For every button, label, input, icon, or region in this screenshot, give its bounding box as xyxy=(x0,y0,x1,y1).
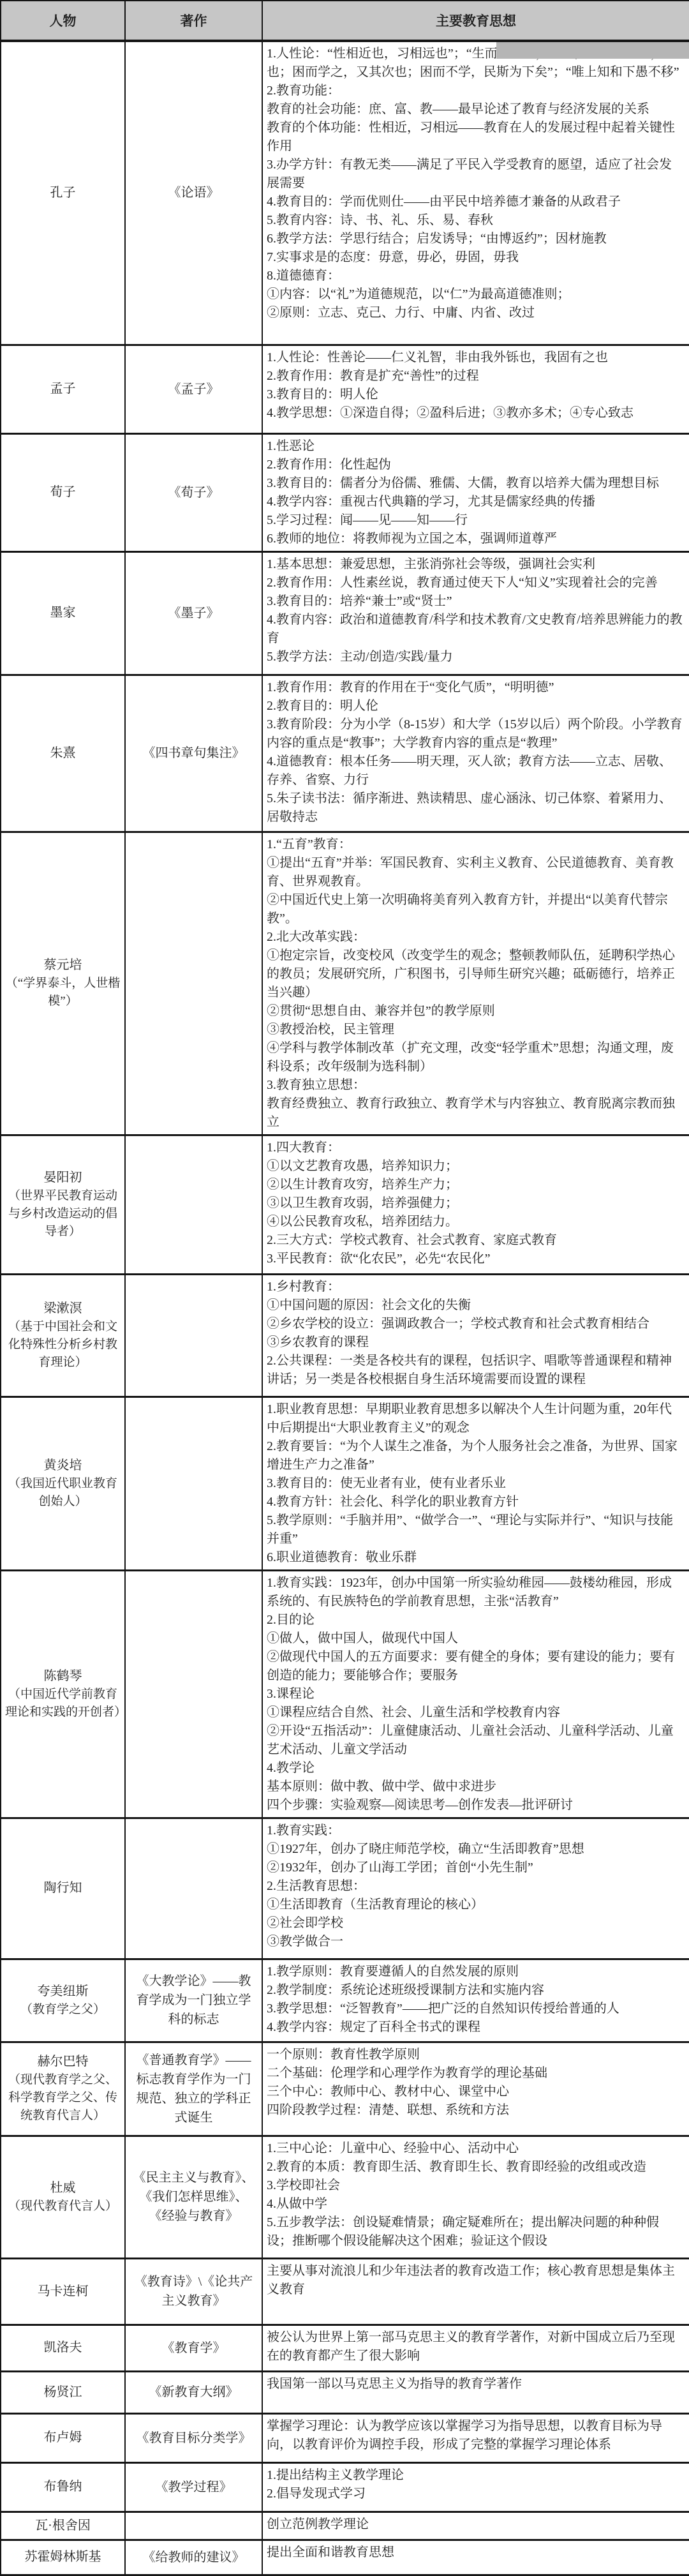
works-cell: 《教育诗》\《论共产主义教育》 xyxy=(125,2258,262,2325)
table-row: 布卢姆《教育目标分类学》掌握学习理论：认为教学应该以掌握学习为指导思想，以教育目… xyxy=(1,2413,689,2462)
thought-line: ②贯彻“思想自由、兼容并包”的教学原则 xyxy=(267,1002,684,1021)
table-row: 梁漱溟（基于中国社会和文化特殊性分析乡村教育理论）1.乡村教育：①中国问题的原因… xyxy=(1,1274,689,1397)
table-row: 夸美纽斯（教育学之父）《大教学论》——教育学成为一门独立学科的标志1.教学原则：… xyxy=(1,1959,689,2042)
thought-line: ①1927年，创办了晓庄师范学校，确立“生活即教育”思想 xyxy=(267,1840,684,1859)
person-cell: 陈鹤琴（中国近代学前教育理论和实践的开创者） xyxy=(1,1570,125,1818)
thought-line: 3.教育目的：使无业者有业，使有业者乐业 xyxy=(267,1474,684,1493)
works-cell xyxy=(125,1818,262,1959)
thought-line: ①做人，做中国人，做现代中国人 xyxy=(267,1629,684,1648)
thoughts-cell: 一个原则：教育性教学原则二个基础：伦理学和心理学作为教育学的理论基础三个中心：教… xyxy=(262,2042,689,2136)
person-cell: 凯洛夫 xyxy=(1,2325,125,2371)
works-cell xyxy=(125,2512,262,2540)
thoughts-cell: 1.教育作用：教育的作用在于“变化气质”，“明明德”2.教育目的：明人伦3.教育… xyxy=(262,675,689,832)
works-cell: 《民主主义与教育》、《我们怎样思维》、《经验与教育》 xyxy=(125,2136,262,2258)
thought-line: 3.平民教育：欲“化农民”，必先“农民化” xyxy=(267,1250,684,1268)
thought-line: 1.“五育”教育： xyxy=(267,835,684,854)
thought-line: ②做现代中国人的五方面要求：要有健全的身体；要有建设的能力；要有创造的能力；要能… xyxy=(267,1648,684,1685)
header-thoughts: 主要教育思想 xyxy=(262,1,689,41)
thoughts-cell: 被公认为世界上第一部马克思主义的教育学著作，对新中国成立后乃至现在的教育都产生了… xyxy=(262,2325,689,2371)
thought-line: ②1932年，创办了山海工学团；首创“小先生制” xyxy=(267,1859,684,1877)
person-note: （基于中国社会和文化特殊性分析乡村教育理论） xyxy=(5,1318,121,1372)
thoughts-cell: 1.提出结构主义教学理论2.倡导发现式学习 xyxy=(262,2462,689,2512)
works-cell xyxy=(125,1135,262,1274)
thought-line: ③教学做合一 xyxy=(267,1933,684,1951)
works-cell: 《论语》 xyxy=(125,41,262,345)
thought-line: 4.教育方针：社会化、科学化的职业教育方针 xyxy=(267,1493,684,1511)
thought-line: 3.教育目的：培养“兼士”或“贤士” xyxy=(267,592,684,611)
thoughts-cell: 1.“五育”教育：①提出“五育”并举：军国民教育、实利主义教育、公民道德教育、美… xyxy=(262,832,689,1135)
thought-line: 1.性恶论 xyxy=(267,437,684,456)
person-cell: 墨家 xyxy=(1,551,125,675)
works-cell: 《新教育大纲》 xyxy=(125,2371,262,2413)
thought-line: 3.教育目的：儒者分为俗儒、雅儒、大儒，教育以培养大儒为理想目标 xyxy=(267,474,684,493)
thought-line: 6.教学方法：学思行结合；启发诱导；“由博返约”；因材施教 xyxy=(267,230,684,248)
thought-line: 5.教育内容：诗、书、礼、乐、易、春秋 xyxy=(267,211,684,230)
thoughts-cell: 创立范例教学理论 xyxy=(262,2512,689,2540)
thought-line: 1.教育实践：1923年，创办中国第一所实验幼稚园——鼓楼幼稚园，形成系统的、有… xyxy=(267,1574,684,1611)
thought-line: 1.四大教育： xyxy=(267,1139,684,1157)
person-cell: 孟子 xyxy=(1,345,125,433)
thought-line: 1.人性论：性善论——仁义礼智，非由我外铄也，我固有之也 xyxy=(267,348,684,367)
table-row: 陈鹤琴（中国近代学前教育理论和实践的开创者）1.教育实践：1923年，创办中国第… xyxy=(1,1570,689,1818)
person-name: 孔子 xyxy=(5,184,121,202)
person-name: 梁漱溟 xyxy=(5,1299,121,1318)
header-works: 著作 xyxy=(125,1,262,41)
thought-line: 4.教学论 xyxy=(267,1759,684,1778)
thought-line: 1.乡村教育： xyxy=(267,1278,684,1296)
person-note: （“学界泰斗，人世楷模”） xyxy=(5,975,121,1010)
thought-line: 一个原则：教育性教学原则 xyxy=(267,2046,684,2064)
thought-line: ③教授治校，民主管理 xyxy=(267,1021,684,1039)
person-cell: 瓦·根舍因 xyxy=(1,2512,125,2540)
thought-line: ①中国问题的原因：社会文化的失衡 xyxy=(267,1296,684,1315)
person-cell: 布鲁纳 xyxy=(1,2462,125,2512)
thought-line: 8.道德德育： xyxy=(267,267,684,285)
thoughts-cell: 我国第一部以马克思主义为指导的教育学著作 xyxy=(262,2371,689,2413)
thought-line: 4.从做中学 xyxy=(267,2195,684,2213)
table-row: 苏霍姆林斯基《给教师的建议》提出全面和谐教育思想 xyxy=(1,2540,689,2575)
table-row: 孔子《论语》1.人性论：“性相近也，习相远也”；“生而知之者，上也；学而知之者，… xyxy=(1,41,689,345)
thought-line: 1.教育实践： xyxy=(267,1822,684,1840)
person-name: 赫尔巴特 xyxy=(5,2053,121,2071)
thought-line: ②社会即学校 xyxy=(267,1914,684,1933)
thought-line: 2.教育作用：教育是扩充“善性”的过程 xyxy=(267,367,684,386)
thought-line: 2.教育目的：明人伦 xyxy=(267,697,684,715)
thought-line: 3.办学方针：有教无类——满足了平民入学受教育的愿望，适应了社会发展需要 xyxy=(267,156,684,193)
thought-line: 3.教学思想：“泛智教育”——把广泛的自然知识传授给普通的人 xyxy=(267,2000,684,2018)
thought-line: 三个中心：教师中心、教材中心、课堂中心 xyxy=(267,2083,684,2101)
thought-line: 四阶段教学过程：清楚、联想、系统和方法 xyxy=(267,2101,684,2120)
table-row: 杨贤江《新教育大纲》我国第一部以马克思主义为指导的教育学著作 xyxy=(1,2371,689,2413)
thought-line: ②原则：立志、克己、力行、中庸、内省、改过 xyxy=(267,304,684,322)
table-row: 杜威（现代教育代言人）《民主主义与教育》、《我们怎样思维》、《经验与教育》1.三… xyxy=(1,2136,689,2258)
works-cell xyxy=(125,832,262,1135)
thought-line: 被公认为世界上第一部马克思主义的教育学著作，对新中国成立后乃至现在的教育都产生了… xyxy=(267,2328,684,2365)
person-note: （世界平民教育运动与乡村改造运动的倡导者） xyxy=(5,1187,121,1241)
thought-line: 6.职业道德教育：敬业乐群 xyxy=(267,1548,684,1567)
person-name: 孟子 xyxy=(5,380,121,398)
person-cell: 黄炎培（我国近代职业教育创始人） xyxy=(1,1397,125,1570)
education-thoughts-table: 人物 著作 主要教育思想 孔子《论语》1.人性论：“性相近也，习相远也”；“生而… xyxy=(0,0,689,2576)
thought-line: 掌握学习理论：认为教学应该以掌握学习为指导思想，以教育目标为导向，以教育评价为调… xyxy=(267,2417,684,2454)
works-cell: 《教学过程》 xyxy=(125,2462,262,2512)
table-row: 荀子《荀子》1.性恶论2.教育作用：化性起伪3.教育目的：儒者分为俗儒、雅儒、大… xyxy=(1,433,689,551)
person-cell: 赫尔巴特（现代教育学之父、科学教育学之父、传统教育代言人） xyxy=(1,2042,125,2136)
person-name: 墨家 xyxy=(5,604,121,622)
thought-line: 4.教学思想：①深造自得；②盈科后进；③教亦多术；④专心致志 xyxy=(267,404,684,423)
thoughts-cell: 1.教育实践：1923年，创办中国第一所实验幼稚园——鼓楼幼稚园，形成系统的、有… xyxy=(262,1570,689,1818)
person-name: 黄炎培 xyxy=(5,1456,121,1475)
thoughts-cell: 1.教学原则：教育要遵循人的自然发展的原则2.教学制度：系统论述班级授课制方法和… xyxy=(262,1959,689,2042)
thought-line: 1.提出结构主义教学理论 xyxy=(267,2466,684,2485)
thought-line: 5.学习过程：闻——见——知——行 xyxy=(267,511,684,530)
thought-line: 教育经费独立、教育行政独立、教育学术与内容独立、教育脱离宗教而独立 xyxy=(267,1095,684,1132)
person-note: （现代教育学之父、科学教育学之父、传统教育代言人） xyxy=(5,2071,121,2125)
works-cell: 《大教学论》——教育学成为一门独立学科的标志 xyxy=(125,1959,262,2042)
person-name: 杜威 xyxy=(5,2179,121,2198)
table-row: 赫尔巴特（现代教育学之父、科学教育学之父、传统教育代言人）《普通教育学》——标志… xyxy=(1,2042,689,2136)
person-name: 陶行知 xyxy=(5,1879,121,1898)
thought-line: 2.教育作用：化性起伪 xyxy=(267,456,684,474)
thought-line: 5.教学原则：“手脑并用”、“做学合一”、“理论与实际并行”、“知识与技能并重” xyxy=(267,1511,684,1548)
thought-line: 2.教学制度：系统论述班级授课制方法和实施内容 xyxy=(267,1981,684,2000)
table-body: 孔子《论语》1.人性论：“性相近也，习相远也”；“生而知之者，上也；学而知之者，… xyxy=(1,41,689,2575)
thought-line: ①课程应结合自然、社会、儿童生活和学校教育内容 xyxy=(267,1704,684,1722)
person-cell: 荀子 xyxy=(1,433,125,551)
header-row: 人物 著作 主要教育思想 xyxy=(1,1,689,41)
thought-line: ①抱定宗旨，改变校风（改变学生的观念；整顿教师队伍，延聘积学热心的教员；发展研究… xyxy=(267,947,684,1002)
person-cell: 夸美纽斯（教育学之父） xyxy=(1,1959,125,2042)
thought-line: ②开设“五指活动”：儿童健康活动、儿童社会活动、儿童科学活动、儿童艺术活动、儿童… xyxy=(267,1722,684,1759)
works-cell: 《教育学》 xyxy=(125,2325,262,2371)
thought-line: 1.教育作用：教育的作用在于“变化气质”，“明明德” xyxy=(267,678,684,697)
thoughts-cell: 1.职业教育思想：早期职业教育思想多以解决个人生计问题为重，20年代中后期提出“… xyxy=(262,1397,689,1570)
thought-line: 3.教育阶段：分为小学（8-15岁）和大学（15岁以后）两个阶段。小学教育内容的… xyxy=(267,715,684,753)
thought-line: ②中国近代史上第一次明确将美育列入教育方针，并提出“以美育代替宗教”。 xyxy=(267,891,684,928)
thought-line: 2.教育的本质：教育即生活、教育即生长、教育即经验的改组或改造 xyxy=(267,2158,684,2176)
thought-line: 2.倡导发现式学习 xyxy=(267,2485,684,2503)
person-name: 凯洛夫 xyxy=(5,2339,121,2357)
person-name: 杨贤江 xyxy=(5,2383,121,2402)
thought-line: ④以公民教育攻私，培养团结力。 xyxy=(267,1213,684,1231)
document-page: 人物 著作 主要教育思想 孔子《论语》1.人性论：“性相近也，习相远也”；“生而… xyxy=(0,0,689,2576)
thought-line: 3.教育目的：明人伦 xyxy=(267,386,684,404)
thoughts-cell: 1.四大教育：①以文艺教育攻愚，培养知识力；②以生计教育攻穷，培养生产力；③以卫… xyxy=(262,1135,689,1274)
person-cell: 晏阳初（世界平民教育运动与乡村改造运动的倡导者） xyxy=(1,1135,125,1274)
table-row: 布鲁纳《教学过程》1.提出结构主义教学理论2.倡导发现式学习 xyxy=(1,2462,689,2512)
person-cell: 梁漱溟（基于中国社会和文化特殊性分析乡村教育理论） xyxy=(1,1274,125,1397)
thought-line: 2.教育功能： xyxy=(267,82,684,100)
works-cell: 《教育目标分类学》 xyxy=(125,2413,262,2462)
thought-line: 2.公共课程：一类是各校共有的课程，包括识字、唱歌等普通课程和精神讲话；另一类是… xyxy=(267,1352,684,1389)
thought-line: 5.五步教学法：创设疑难情景；确定疑难所在；提出解决问题的种种假设；推断哪个假设… xyxy=(267,2213,684,2250)
thoughts-cell: 1.基本思想：兼爱思想，主张消弥社会等级，强调社会实利2.教育作用：人性素丝说，… xyxy=(262,551,689,675)
thought-line: 2.生活教育思想： xyxy=(267,1877,684,1896)
thought-line: ①以文艺教育攻愚，培养知识力； xyxy=(267,1157,684,1176)
person-cell: 蔡元培（“学界泰斗，人世楷模”） xyxy=(1,832,125,1135)
thought-line: 4.教育内容：政治和道德教育/科学和技术教育/文史教育/培养思辨能力的教育 xyxy=(267,611,684,648)
redaction-overlay xyxy=(496,42,689,59)
thought-line: 5.朱子读书法：循序渐进、熟读精思、虚心涵泳、切己体察、着紧用力、居敬持志 xyxy=(267,790,684,827)
person-cell: 孔子 xyxy=(1,41,125,345)
person-cell: 朱熹 xyxy=(1,675,125,832)
works-cell: 《给教师的建议》 xyxy=(125,2540,262,2575)
thoughts-cell: 1.性恶论2.教育作用：化性起伪3.教育目的：儒者分为俗儒、雅儒、大儒，教育以培… xyxy=(262,433,689,551)
person-name: 马卡连柯 xyxy=(5,2282,121,2301)
table-row: 陶行知1.教育实践：①1927年，创办了晓庄师范学校，确立“生活即教育”思想②1… xyxy=(1,1818,689,1959)
thoughts-cell: 1.人性论：“性相近也，习相远也”；“生而知之者，上也；学而知之者，次也；困而学… xyxy=(262,41,689,345)
table-row: 晏阳初（世界平民教育运动与乡村改造运动的倡导者）1.四大教育：①以文艺教育攻愚，… xyxy=(1,1135,689,1274)
table-row: 孟子《孟子》1.人性论：性善论——仁义礼智，非由我外铄也，我固有之也2.教育作用… xyxy=(1,345,689,433)
thought-line: 我国第一部以马克思主义为指导的教育学著作 xyxy=(267,2375,684,2393)
works-cell xyxy=(125,1397,262,1570)
thought-line: 教育的个体功能：性相近，习相远——教育在人的发展过程中起着关键性作用 xyxy=(267,119,684,156)
person-cell: 杜威（现代教育代言人） xyxy=(1,2136,125,2258)
thought-line: 4.教育目的：学而优则仕——由平民中培养德才兼备的从政君子 xyxy=(267,193,684,211)
thought-line: ②以生计教育攻穷，培养生产力； xyxy=(267,1176,684,1194)
person-name: 蔡元培 xyxy=(5,956,121,975)
thought-line: ④学科与教学体制改革（扩充文理，改变“轻学重术”思想；沟通文理，废科设系；改年级… xyxy=(267,1039,684,1076)
thought-line: 6.教师的地位：将教师视为立国之本，强调师道尊严 xyxy=(267,530,684,548)
person-name: 瓦·根舍因 xyxy=(5,2517,121,2535)
thought-line: 3.课程论 xyxy=(267,1685,684,1704)
header-person: 人物 xyxy=(1,1,125,41)
thought-line: 2.三大方式：学校式教育、社会式教育、家庭式教育 xyxy=(267,1231,684,1250)
thoughts-cell: 1.人性论：性善论——仁义礼智，非由我外铄也，我固有之也2.教育作用：教育是扩充… xyxy=(262,345,689,433)
thoughts-cell: 1.乡村教育：①中国问题的原因：社会文化的失衡②乡农学校的设立：强调政教合一；学… xyxy=(262,1274,689,1397)
thought-line: 1.教学原则：教育要遵循人的自然发展的原则 xyxy=(267,1963,684,1981)
thoughts-cell: 1.教育实践：①1927年，创办了晓庄师范学校，确立“生活即教育”思想②1932… xyxy=(262,1818,689,1959)
thought-line: ①生活即教育（生活教育理论的核心） xyxy=(267,1896,684,1914)
thoughts-cell: 主要从事对流浪儿和少年违法者的教育改造工作；核心教育思想是集体主义教育 xyxy=(262,2258,689,2325)
thought-line: 教育的社会功能：庶、富、教——最早论述了教育与经济发展的关系 xyxy=(267,100,684,119)
person-name: 陈鹤琴 xyxy=(5,1667,121,1686)
person-name: 苏霍姆林斯基 xyxy=(5,2548,121,2566)
thought-line: 4.教学内容：重视古代典籍的学习，尤其是儒家经典的传播 xyxy=(267,493,684,511)
works-cell: 《普通教育学》——标志教育学作为一门规范、独立的学科正式诞生 xyxy=(125,2042,262,2136)
person-name: 布鲁纳 xyxy=(5,2478,121,2496)
person-cell: 苏霍姆林斯基 xyxy=(1,2540,125,2575)
thought-line: 4.道德教育：根本任务——明天理，灭人欲；教育方法——立志、居敬、存养、省察、力… xyxy=(267,753,684,790)
thought-line: ②乡农学校的设立：强调政教合一；学校式教育和社会式教育相结合 xyxy=(267,1315,684,1333)
person-note: （我国近代职业教育创始人） xyxy=(5,1475,121,1511)
person-name: 夸美纽斯 xyxy=(5,1982,121,2001)
table-row: 黄炎培（我国近代职业教育创始人）1.职业教育思想：早期职业教育思想多以解决个人生… xyxy=(1,1397,689,1570)
thought-line: 四个步骤：实验观察—阅读思考—创作发表—批评研讨 xyxy=(267,1796,684,1815)
person-cell: 马卡连柯 xyxy=(1,2258,125,2325)
works-cell: 《孟子》 xyxy=(125,345,262,433)
person-note: （现代教育代言人） xyxy=(5,2198,121,2215)
table-row: 瓦·根舍因创立范例教学理论 xyxy=(1,2512,689,2540)
person-cell: 布卢姆 xyxy=(1,2413,125,2462)
person-name: 朱熹 xyxy=(5,744,121,763)
table-row: 朱熹《四书章句集注》1.教育作用：教育的作用在于“变化气质”，“明明德”2.教育… xyxy=(1,675,689,832)
person-name: 荀子 xyxy=(5,483,121,502)
thought-line: 4.教学内容：规定了百科全书式的课程 xyxy=(267,2018,684,2037)
thought-line: 2.教育要旨：“为个人谋生之准备，为个人服务社会之准备，为世界、国家增进生产力之… xyxy=(267,1437,684,1474)
works-cell: 《墨子》 xyxy=(125,551,262,675)
works-cell xyxy=(125,1274,262,1397)
thought-line: 3.教育独立思想： xyxy=(267,1076,684,1095)
person-name: 晏阳初 xyxy=(5,1169,121,1187)
thoughts-cell: 1.三中心论：儿童中心、经验中心、活动中心2.教育的本质：教育即生活、教育即生长… xyxy=(262,2136,689,2258)
thought-line: 创立范例教学理论 xyxy=(267,2515,684,2534)
thought-line: 1.职业教育思想：早期职业教育思想多以解决个人生计问题为重，20年代中后期提出“… xyxy=(267,1400,684,1437)
thought-line: 7.实事求是的态度：毋意，毋必，毋固，毋我 xyxy=(267,248,684,267)
thought-line: 提出全面和谐教育思想 xyxy=(267,2543,684,2562)
table-row: 马卡连柯《教育诗》\《论共产主义教育》主要从事对流浪儿和少年违法者的教育改造工作… xyxy=(1,2258,689,2325)
person-cell: 陶行知 xyxy=(1,1818,125,1959)
works-cell: 《荀子》 xyxy=(125,433,262,551)
table-row: 凯洛夫《教育学》被公认为世界上第一部马克思主义的教育学著作，对新中国成立后乃至现… xyxy=(1,2325,689,2371)
works-cell: 《四书章句集注》 xyxy=(125,675,262,832)
thought-line: 二个基础：伦理学和心理学作为教育学的理论基础 xyxy=(267,2064,684,2083)
thought-line: ③以卫生教育攻弱，培养强健力； xyxy=(267,1194,684,1213)
thought-line: 3.学校即社会 xyxy=(267,2176,684,2195)
person-note: （教育学之父） xyxy=(5,2001,121,2019)
thought-line: 2.目的论 xyxy=(267,1611,684,1629)
thought-line: 1.三中心论：儿童中心、经验中心、活动中心 xyxy=(267,2139,684,2158)
person-cell: 杨贤江 xyxy=(1,2371,125,2413)
table-header: 人物 著作 主要教育思想 xyxy=(1,1,689,41)
thoughts-cell: 掌握学习理论：认为教学应该以掌握学习为指导思想，以教育目标为导向，以教育评价为调… xyxy=(262,2413,689,2462)
thought-line: 1.基本思想：兼爱思想，主张消弥社会等级，强调社会实利 xyxy=(267,555,684,574)
person-note: （中国近代学前教育理论和实践的开创者） xyxy=(5,1686,121,1721)
table-row: 墨家《墨子》1.基本思想：兼爱思想，主张消弥社会等级，强调社会实利2.教育作用：… xyxy=(1,551,689,675)
works-cell xyxy=(125,1570,262,1818)
thought-line: 2.教育作用：人性素丝说，教育通过使天下人“知义”实现着社会的完善 xyxy=(267,574,684,592)
thoughts-cell: 提出全面和谐教育思想 xyxy=(262,2540,689,2575)
thought-line: 基本原则：做中教、做中学、做中求进步 xyxy=(267,1778,684,1796)
table-row: 蔡元培（“学界泰斗，人世楷模”）1.“五育”教育：①提出“五育”并举：军国民教育… xyxy=(1,832,689,1135)
thought-line: 2.北大改革实践： xyxy=(267,928,684,947)
thought-line: 5.教学方法：主动/创造/实践/量力 xyxy=(267,648,684,666)
thought-line: ③乡农教育的课程 xyxy=(267,1333,684,1352)
thought-line: ①内容：以“礼”为道德规范，以“仁”为最高道德准则； xyxy=(267,285,684,304)
person-name: 布卢姆 xyxy=(5,2429,121,2447)
thought-line: 主要从事对流浪儿和少年违法者的教育改造工作；核心教育思想是集体主义教育 xyxy=(267,2262,684,2299)
thought-line: ①提出“五育”并举：军国民教育、实利主义教育、公民道德教育、美育教育、世界观教育… xyxy=(267,854,684,891)
